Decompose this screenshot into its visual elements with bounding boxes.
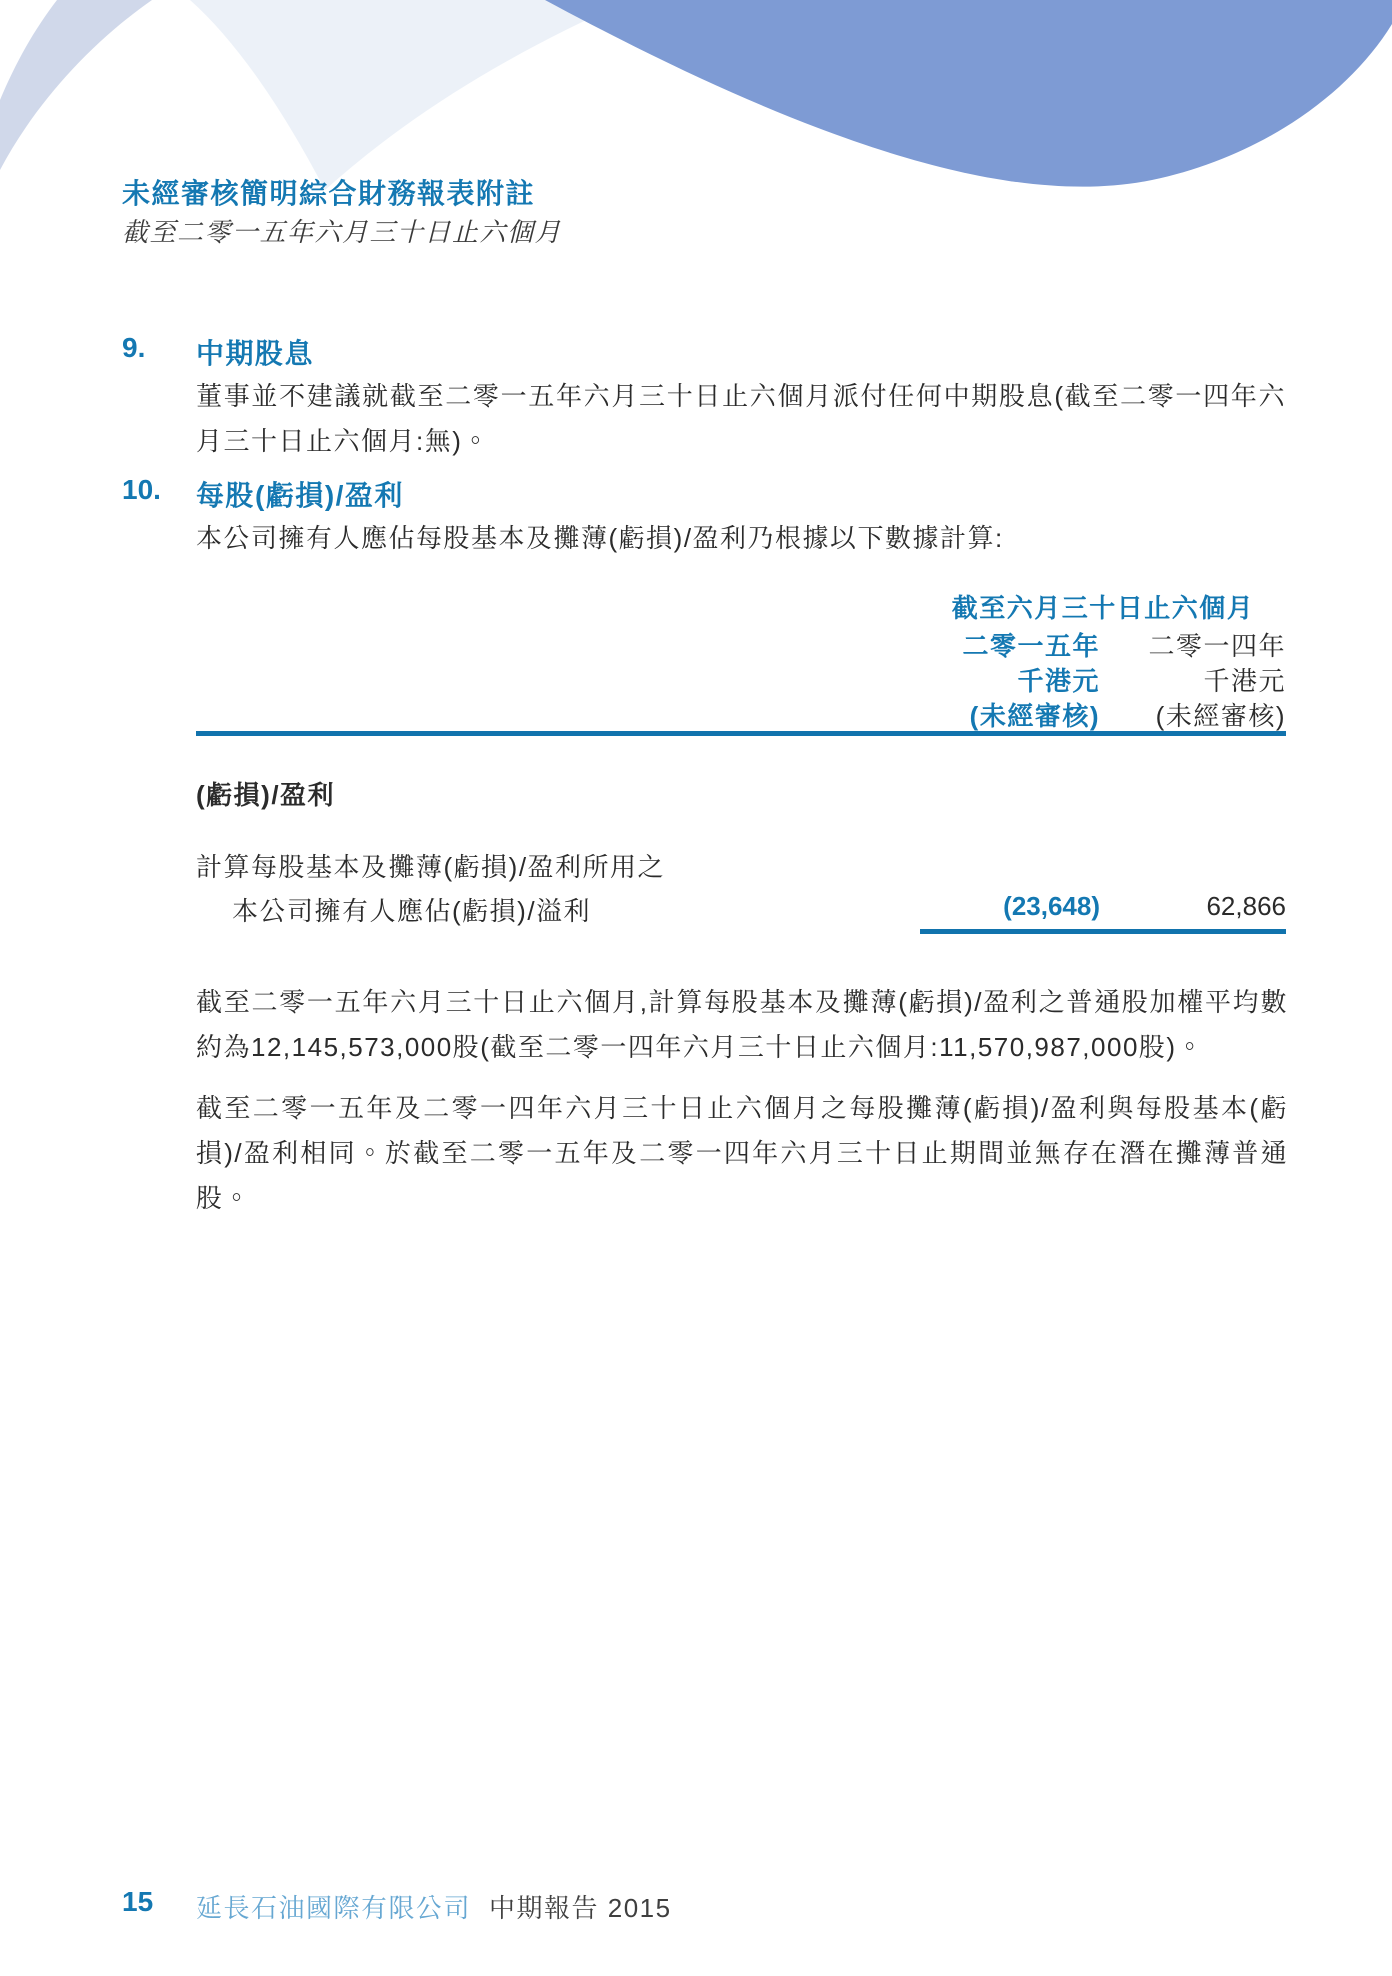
value-2015: (23,648): [800, 891, 1100, 922]
footer-page-number: 15: [122, 1886, 153, 1918]
section-10-heading: 每股(虧損)/盈利: [196, 474, 404, 514]
column-unit-2015: 千港元: [800, 661, 1100, 698]
footer-report-title: 中期報告 2015: [489, 1888, 672, 1925]
table-header-rule: [196, 731, 1286, 736]
column-unit-2014: 千港元: [1100, 661, 1286, 698]
value-2014: 62,866: [1100, 891, 1286, 922]
page-subtitle: 截至二零一五年六月三十日止六個月: [122, 212, 562, 249]
page-title: 未經審核簡明綜合財務報表附註: [122, 172, 535, 212]
wave-pale-shape: [190, 0, 630, 190]
column-status-2015: (未經審核): [800, 696, 1100, 733]
section-10-number: 10.: [122, 474, 182, 506]
table-group-heading: (虧損)/盈利: [196, 775, 335, 812]
wave-blue-shape: [545, 0, 1392, 187]
report-page: 未經審核簡明綜合財務報表附註 截至二零一五年六月三十日止六個月 9. 中期股息 …: [0, 0, 1392, 1976]
value-underline-rule: [920, 929, 1286, 934]
section-10-body: 本公司擁有人應佔每股基本及攤薄(虧損)/盈利乃根據以下數據計算:: [196, 516, 1286, 561]
table-period-header: 截至六月三十日止六個月: [920, 588, 1286, 625]
wave-light-shape: [0, 0, 152, 170]
paragraph-weighted-average: 截至二零一五年六月三十日止六個月,計算每股基本及攤薄(虧損)/盈利之普通股加權平…: [196, 980, 1288, 1070]
section-9-heading: 中期股息: [196, 332, 314, 372]
column-header-year-2014: 二零一四年: [1100, 626, 1286, 663]
section-9-body: 董事並不建議就截至二零一五年六月三十日止六個月派付任何中期股息(截至二零一四年六…: [196, 374, 1286, 464]
section-9-number: 9.: [122, 332, 182, 364]
column-status-2014: (未經審核): [1100, 696, 1286, 733]
column-header-year-2015: 二零一五年: [800, 626, 1100, 663]
row-label-line2: 本公司擁有人應佔(虧損)/溢利: [232, 891, 591, 928]
footer-company-name: 延長石油國際有限公司: [196, 1888, 471, 1925]
paragraph-diluted-equals-basic: 截至二零一五年及二零一四年六月三十日止六個月之每股攤薄(虧損)/盈利與每股基本(…: [196, 1086, 1288, 1221]
row-label-line1: 計算每股基本及攤薄(虧損)/盈利所用之: [196, 847, 665, 884]
footer-line: 延長石油國際有限公司 中期報告 2015: [196, 1888, 672, 1925]
